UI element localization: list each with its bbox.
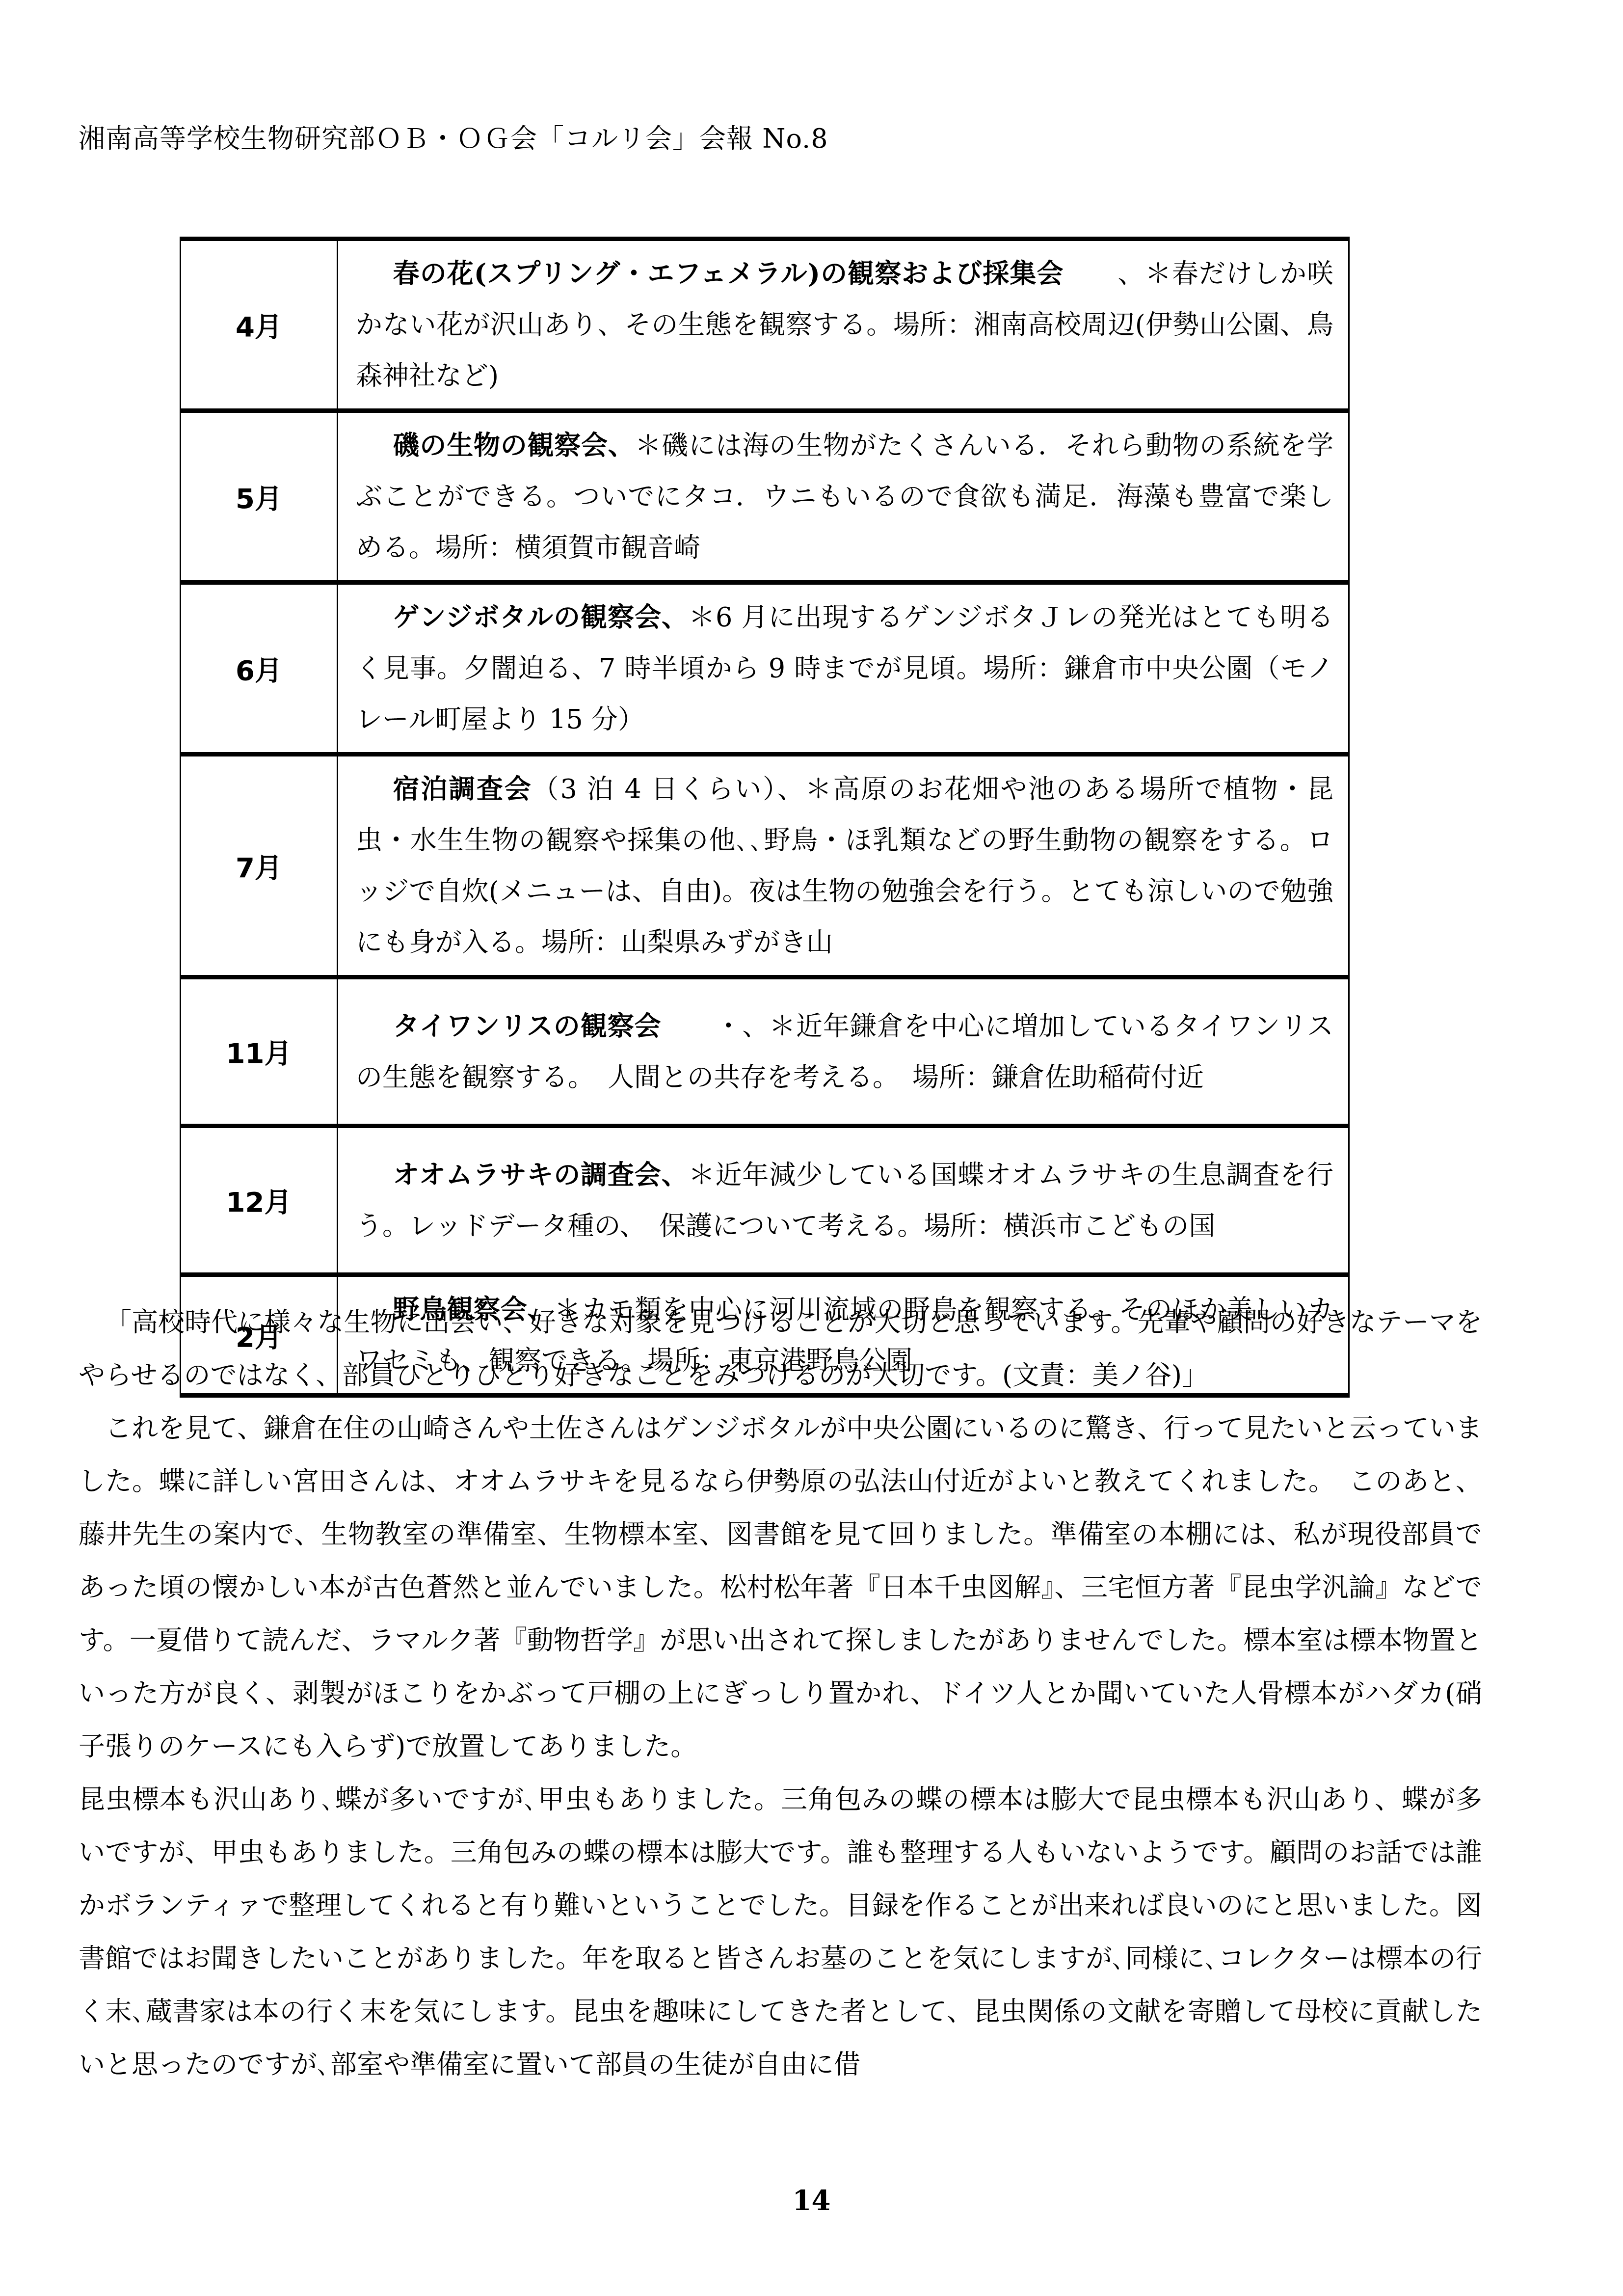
activity-description: 磯の生物の観察会、＊磯には海の生物がたくさんいる．それら動物の系統を学ぶことがで… [338,411,1349,583]
activity-description: ゲンジボタルの観察会、＊6 月に出現するゲンジボタＪレの発光はとても明るく見事。… [338,583,1349,755]
activity-description: タイワンリスの観察会 ・、＊近年鎌倉を中心に増加しているタイワンリスの生態を観察… [338,977,1349,1126]
month-cell: 6月 [181,583,338,755]
activity-schedule-table: 4月 春の花(スプリング・エフェメラル)の観察および採集会 、＊春だけしか咲かな… [180,237,1350,1398]
activity-title: 宿泊調査会 [356,773,532,805]
quote-paragraph: 「高校時代に様々な生物に出会い、好きな対象を見つけることが大切と思っています。先… [79,1296,1482,1402]
table-row: 5月 磯の生物の観察会、＊磯には海の生物がたくさんいる．それら動物の系統を学ぶこ… [181,411,1349,583]
table-row: 6月 ゲンジボタルの観察会、＊6 月に出現するゲンジボタＪレの発光はとても明るく… [181,583,1349,755]
table-row: 4月 春の花(スプリング・エフェメラル)の観察および採集会 、＊春だけしか咲かな… [181,239,1349,411]
body-paragraph: 昆虫標本も沢山あり､蝶が多いですが､甲虫もありました。三角包みの蝶の標本は膨大で… [79,1773,1482,2091]
month-cell: 7月 [181,755,338,977]
table-row: 12月 オオムラサキの調査会、＊近年減少している国蝶オオムラサキの生息調査を行う… [181,1126,1349,1275]
page-number: 14 [0,2185,1623,2217]
activity-description: オオムラサキの調査会、＊近年減少している国蝶オオムラサキの生息調査を行う。レッド… [338,1126,1349,1275]
activity-description: 春の花(スプリング・エフェメラル)の観察および採集会 、＊春だけしか咲かない花が… [338,239,1349,411]
table-row: 7月 宿泊調査会（3 泊 4 日くらい）、＊高原のお花畑や池のある場所で植物・昆… [181,755,1349,977]
activity-title: ゲンジボタルの観察会、 [356,601,689,633]
activity-title: オオムラサキの調査会、 [356,1159,689,1190]
month-cell: 12月 [181,1126,338,1275]
month-cell: 4月 [181,239,338,411]
month-cell: 5月 [181,411,338,583]
month-cell: 11月 [181,977,338,1126]
activity-title: 春の花(スプリング・エフェメラル)の観察および採集会 [356,258,1064,289]
activity-description: 宿泊調査会（3 泊 4 日くらい）、＊高原のお花畑や池のある場所で植物・昆虫・水… [338,755,1349,977]
newsletter-header: 湘南高等学校生物研究部ＯＢ・ＯＧ会「コルリ会」会報 No.8 [79,118,828,156]
activity-title: タイワンリスの観察会 [356,1010,661,1042]
article-body: 「高校時代に様々な生物に出会い、好きな対象を見つけることが大切と思っています。先… [79,1296,1482,2091]
body-paragraph: これを見て、鎌倉在住の山崎さんや土佐さんはゲンジボタルが中央公園にいるのに驚き、… [79,1402,1482,1773]
table-row: 11月 タイワンリスの観察会 ・、＊近年鎌倉を中心に増加しているタイワンリスの生… [181,977,1349,1126]
activity-title: 磯の生物の観察会、 [356,430,635,461]
